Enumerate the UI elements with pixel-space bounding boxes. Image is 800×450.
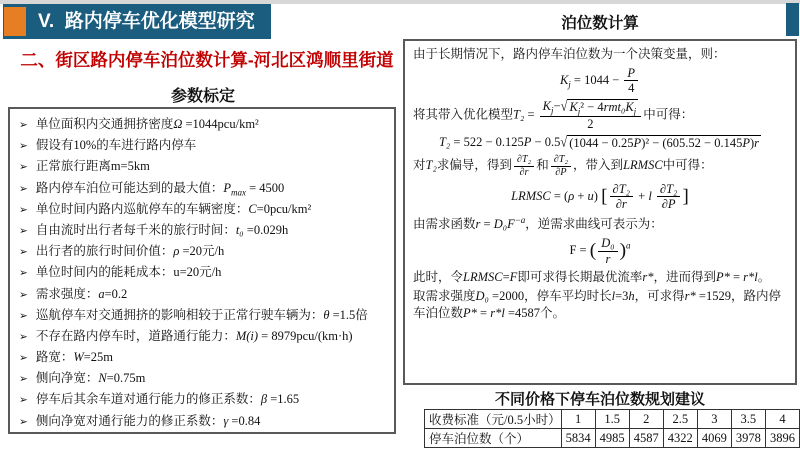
left-bracket: [	[601, 186, 607, 207]
param-item-text: 停车后其余车道对通行能力的修正系数：β =1.65	[36, 389, 299, 407]
arrow-bullet-icon: ➢	[19, 310, 28, 322]
table-title: 不同价格下停车泊位数规划建议	[403, 388, 797, 409]
param-item: ➢单位时间内的能耗成本：u=20元/h	[19, 262, 394, 283]
param-item-text: 需求强度：a=0.2	[36, 284, 127, 302]
formula-inverse-demand: F = (D₀r)a	[413, 236, 787, 266]
arrow-bullet-icon: ➢	[19, 416, 28, 428]
fraction-numerator: Kj−√Kj² − 4rmt₀Kj	[540, 99, 642, 118]
param-item-text: 单位面积内交通拥挤密度Ω =1044pcu/km²	[36, 114, 259, 132]
table-cell: 5834	[561, 429, 595, 448]
para-optmodel-pre: 将其带入优化模型T₂ =	[413, 107, 538, 121]
arrow-bullet-icon: ➢	[19, 394, 28, 406]
partial-fraction: ∂T₂∂r	[514, 154, 534, 179]
right-panel-title: 泊位数计算	[403, 11, 797, 33]
para-result: 取需求强度D₀ =2000，停车平均时长l=3h，可求得r* =1529，路内停…	[413, 288, 787, 322]
arrow-bullet-icon: ➢	[19, 204, 28, 216]
fraction-denominator: 4	[624, 81, 638, 95]
arrow-bullet-icon: ➢	[19, 246, 28, 258]
para-optmodel-post: 中可得：	[643, 107, 693, 121]
arrow-bullet-icon: ➢	[19, 161, 28, 173]
parameter-box: ➢单位面积内交通拥挤密度Ω =1044pcu/km²➢假设有10%的车进行路内停…	[8, 107, 396, 434]
para-decision: 由于长期情况下，路内停车泊位数为一个决策变量，则：	[413, 46, 787, 63]
table-cell: 4587	[629, 429, 663, 448]
left-panel-title: 参数标定	[0, 83, 406, 106]
table-row: 停车泊位数（个）5834498545874322406939783896	[425, 429, 800, 448]
left-paren: (	[590, 241, 596, 262]
formula-f-lhs: F =	[569, 243, 589, 257]
table-cell: 1	[561, 410, 595, 429]
sqrt-sign-icon: √	[561, 98, 568, 115]
table-cell: 1.5	[595, 410, 629, 429]
recommendation-table-body: 收费标准（元/0.5小时）11.522.533.54停车泊位数（个）583449…	[425, 410, 800, 448]
arrow-bullet-icon: ➢	[19, 373, 28, 385]
formula-kj-lhs: Kj = 1044 −	[560, 73, 622, 87]
param-item: ➢假设有10%的车进行路内停车	[19, 135, 394, 156]
param-item-text: 假设有10%的车进行路内停车	[36, 135, 196, 153]
table-cell: 4322	[663, 429, 697, 448]
param-item-text: 正常旅行距离m=5km	[36, 156, 150, 174]
arrow-bullet-icon: ➢	[19, 119, 28, 131]
param-item: ➢停车后其余车道对通行能力的修正系数：β =1.65	[19, 389, 394, 410]
param-item: ➢出行者的旅行时间价值：ρ =20元/h	[19, 241, 394, 262]
square-root: √(1044 − 0.25P)² − (605.52 − 0.145P)r	[560, 135, 761, 151]
para-partial-post: ，带入到LRMSC中可得：	[573, 158, 713, 172]
arrow-bullet-icon: ➢	[19, 225, 28, 237]
param-item: ➢侧向净宽：N=0.75m	[19, 368, 394, 389]
table-row: 收费标准（元/0.5小时）11.522.533.54	[425, 410, 800, 429]
arrow-bullet-icon: ➢	[19, 289, 28, 301]
param-item: ➢路内停车泊位可能达到的最大值：Pmax = 4500	[19, 178, 394, 199]
formula-t2: T₂ = 522 − 0.125P − 0.5√(1044 − 0.25P)² …	[413, 135, 787, 151]
para-optmodel: 将其带入优化模型T₂ = Kj−√Kj² − 4rmt₀Kj2中可得：	[413, 99, 787, 132]
table-cell: 3896	[765, 429, 799, 448]
partial-fraction: ∂T₂∂r	[610, 182, 633, 212]
param-item-text: 侧向净宽：N=0.75m	[36, 368, 146, 386]
arrow-bullet-icon: ➢	[19, 352, 28, 364]
row-label: 收费标准（元/0.5小时）	[425, 410, 562, 429]
table-cell: 2	[629, 410, 663, 429]
param-item: ➢单位时间内路内巡航停车的车辆密度：C=0pcu/km²	[19, 199, 394, 220]
recommendation-table: 收费标准（元/0.5小时）11.522.533.54停车泊位数（个）583449…	[424, 409, 800, 448]
slide: V. 路内停车优化模型研究 二、街区路内停车泊位数计算-河北区鸿顺里街道 参数标…	[0, 0, 800, 450]
param-item-text: 出行者的旅行时间价值：ρ =20元/h	[36, 241, 224, 259]
header-orange-accent	[4, 7, 26, 36]
param-list: ➢单位面积内交通拥挤密度Ω =1044pcu/km²➢假设有10%的车进行路内停…	[19, 114, 394, 432]
fraction: Kj−√Kj² − 4rmt₀Kj2	[540, 99, 642, 132]
numerator-pre: Kj−	[543, 99, 561, 113]
formula-t2-lhs: T₂ = 522 − 0.125P − 0.5	[439, 135, 560, 149]
section-subtitle: 二、街区路内停车泊位数计算-河北区鸿顺里街道	[0, 47, 414, 72]
table-cell: 4985	[595, 429, 629, 448]
fraction: P4	[624, 66, 638, 96]
param-item-text: 巡航停车对交通拥挤的影响相较于正常行驶车辆为：θ =1.5倍	[36, 305, 368, 323]
param-item-text: 路内停车泊位可能达到的最大值：Pmax = 4500	[36, 178, 284, 198]
param-item: ➢巡航停车对交通拥挤的影响相较于正常行驶车辆为：θ =1.5倍	[19, 305, 394, 326]
partial-fraction: ∂T₂∂P	[657, 182, 680, 212]
header-title: V. 路内停车优化模型研究	[38, 4, 255, 39]
param-item: ➢正常旅行距离m=5km	[19, 156, 394, 177]
para-partial-mid: 和	[536, 158, 549, 172]
param-item: ➢需求强度：a=0.2	[19, 284, 394, 305]
exponent: a	[626, 241, 631, 251]
calculation-box: 由于长期情况下，路内停车泊位数为一个决策变量，则： Kj = 1044 − P4…	[403, 39, 797, 385]
table-cell: 2.5	[663, 410, 697, 429]
arrow-bullet-icon: ➢	[19, 331, 28, 343]
para-demand: 由需求函数r = D₀F−a，逆需求曲线可表示为：	[413, 214, 787, 233]
param-item-text: 路宽：W=25m	[36, 347, 113, 365]
param-item: ➢侧向净宽对通行能力的修正系数：γ =0.84	[19, 411, 394, 432]
table-cell: 4069	[697, 429, 731, 448]
square-root: √Kj² − 4rmt₀Kj	[561, 99, 639, 117]
row-label: 停车泊位数（个）	[425, 429, 562, 448]
formula-lrmsc: LRMSC = (ρ + u) [∂T₂∂r + l ∂T₂∂P]	[413, 182, 787, 212]
arrow-bullet-icon: ➢	[19, 267, 28, 279]
para-partial: 对T₂求偏导，得到∂T₂∂r和∂T₂∂P，带入到LRMSC中可得：	[413, 154, 787, 179]
right-bracket: ]	[682, 186, 688, 207]
para-partial-pre: 对T₂求偏导，得到	[413, 158, 512, 172]
formula-lrmsc-lhs: LRMSC = (ρ + u)	[511, 188, 601, 202]
fraction-denominator: 2	[540, 117, 642, 131]
table-cell: 3.5	[731, 410, 765, 429]
param-item-text: 自由流时出行者每千米的旅行时间：t₀ =0.029h	[36, 220, 288, 238]
sqrt-sign-icon: √	[560, 134, 567, 151]
radicand: (1044 − 0.25P)² − (605.52 − 0.145P)r	[567, 135, 761, 151]
param-item-text: 单位时间内路内巡航停车的车辆密度：C=0pcu/km²	[36, 199, 311, 217]
table-cell: 3	[697, 410, 731, 429]
param-item: ➢不存在路内停车时，道路通行能力：M(i) = 8979pcu/(km·h)	[19, 326, 394, 347]
param-item-text: 侧向净宽对通行能力的修正系数：γ =0.84	[36, 411, 261, 429]
param-item-text: 单位时间内的能耗成本：u=20元/h	[36, 262, 222, 280]
partial-fraction: ∂T₂∂P	[551, 154, 571, 179]
param-item: ➢单位面积内交通拥挤密度Ω =1044pcu/km²	[19, 114, 394, 135]
arrow-bullet-icon: ➢	[19, 183, 28, 195]
radicand: Kj² − 4rmt₀Kj	[567, 99, 638, 117]
fraction-numerator: P	[624, 66, 638, 81]
table-cell: 3978	[731, 429, 765, 448]
formula-kj: Kj = 1044 − P4	[413, 66, 787, 96]
formula-lrmsc-mid: + l	[635, 188, 655, 202]
table-cell: 4	[765, 410, 799, 429]
fraction: D₀r	[598, 236, 617, 266]
arrow-bullet-icon: ➢	[19, 140, 28, 152]
para-solution: 此时，令LRMSC=F即可求得长期最优流率r*，进而得到P* = r*l。	[413, 269, 787, 286]
param-item: ➢路宽：W=25m	[19, 347, 394, 368]
param-item-text: 不存在路内停车时，道路通行能力：M(i) = 8979pcu/(km·h)	[36, 326, 353, 344]
param-item: ➢自由流时出行者每千米的旅行时间：t₀ =0.029h	[19, 220, 394, 241]
